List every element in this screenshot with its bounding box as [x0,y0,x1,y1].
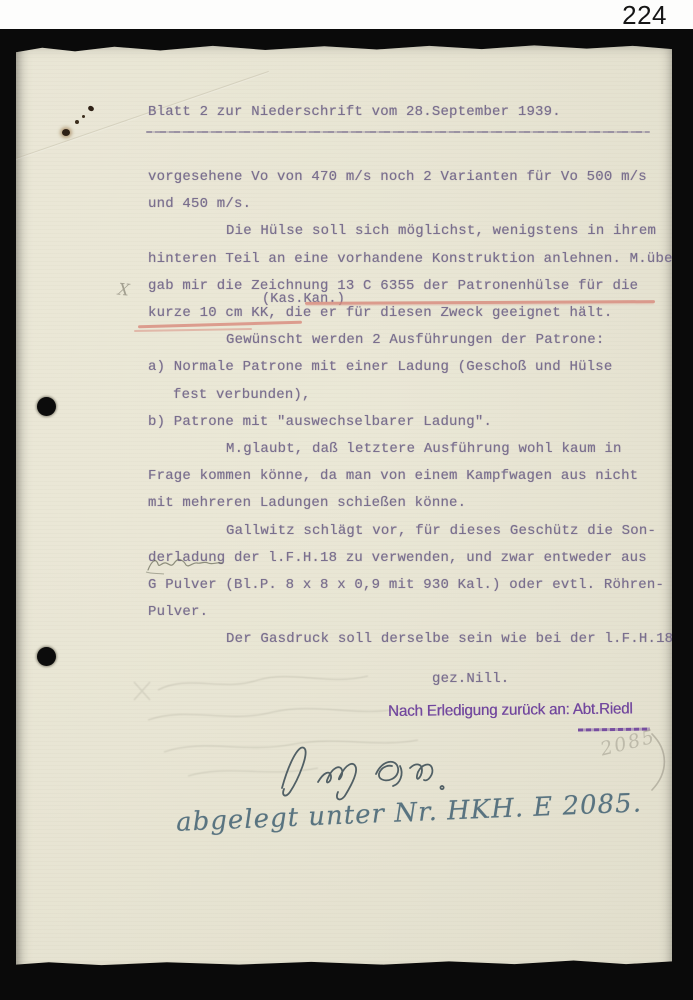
typed-line: Pulver. [148,599,690,626]
heading-underline [146,131,650,133]
folio-number: 224 [622,0,667,30]
typed-line: und 450 m/s. [148,191,690,218]
pencil-parenthesis [646,732,672,792]
scanned-archive-page: { "folio": { "number": "224" }, "documen… [0,0,693,1000]
typed-line: gab mir die Zeichnung 13 C 6355 der Patr… [148,273,690,300]
typed-line: derladung der l.F.H.18 zu verwenden, und… [148,545,690,572]
typed-line: b) Patrone mit "auswechselbarer Ladung". [148,409,690,436]
typed-line: a) Normale Patrone mit einer Ladung (Ges… [148,354,690,381]
paper-sheet: Blatt 2 zur Niederschrift vom 28.Septemb… [16,44,672,966]
rust-speck [62,129,70,136]
typed-line: Gewünscht werden 2 Ausführungen der Patr… [148,327,690,354]
typed-line: hinteren Teil an eine vorhandene Konstru… [148,246,690,273]
typed-line: Die Hülse soll sich möglichst, wenigsten… [148,218,690,245]
rust-speck [87,105,95,112]
punch-hole-bottom [37,647,56,666]
punch-hole-top [37,397,56,416]
return-stamp: Nach Erledigung zurück an: Abt.Riedl [388,700,633,721]
typed-line: G Pulver (Bl.P. 8 x 8 x 0,9 mit 930 Kal.… [148,572,690,599]
typed-line: Gallwitz schlägt vor, für dieses Geschüt… [148,518,690,545]
typed-line: vorgesehene Vo von 470 m/s noch 2 Varian… [148,164,690,191]
rust-speck [82,115,85,118]
typed-line: Frage kommen könne, da man von einem Kam… [148,463,690,490]
rust-speck [75,120,79,124]
typed-body: vorgesehene Vo von 470 m/s noch 2 Varian… [148,164,690,654]
pencil-handwriting-correction [144,554,226,576]
page-heading: Blatt 2 zur Niederschrift vom 28.Septemb… [148,104,561,120]
folio-strip: 224 [0,0,693,29]
interline-insertion: (Kas.Kan.) [262,292,345,307]
margin-cross-mark: X [115,279,132,299]
typed-line: mit mehreren Ladungen schießen könne. [148,490,690,517]
typed-line: fest verbunden), [148,382,690,409]
typed-line: M.glaubt, daß letztere Ausführung wohl k… [148,436,690,463]
